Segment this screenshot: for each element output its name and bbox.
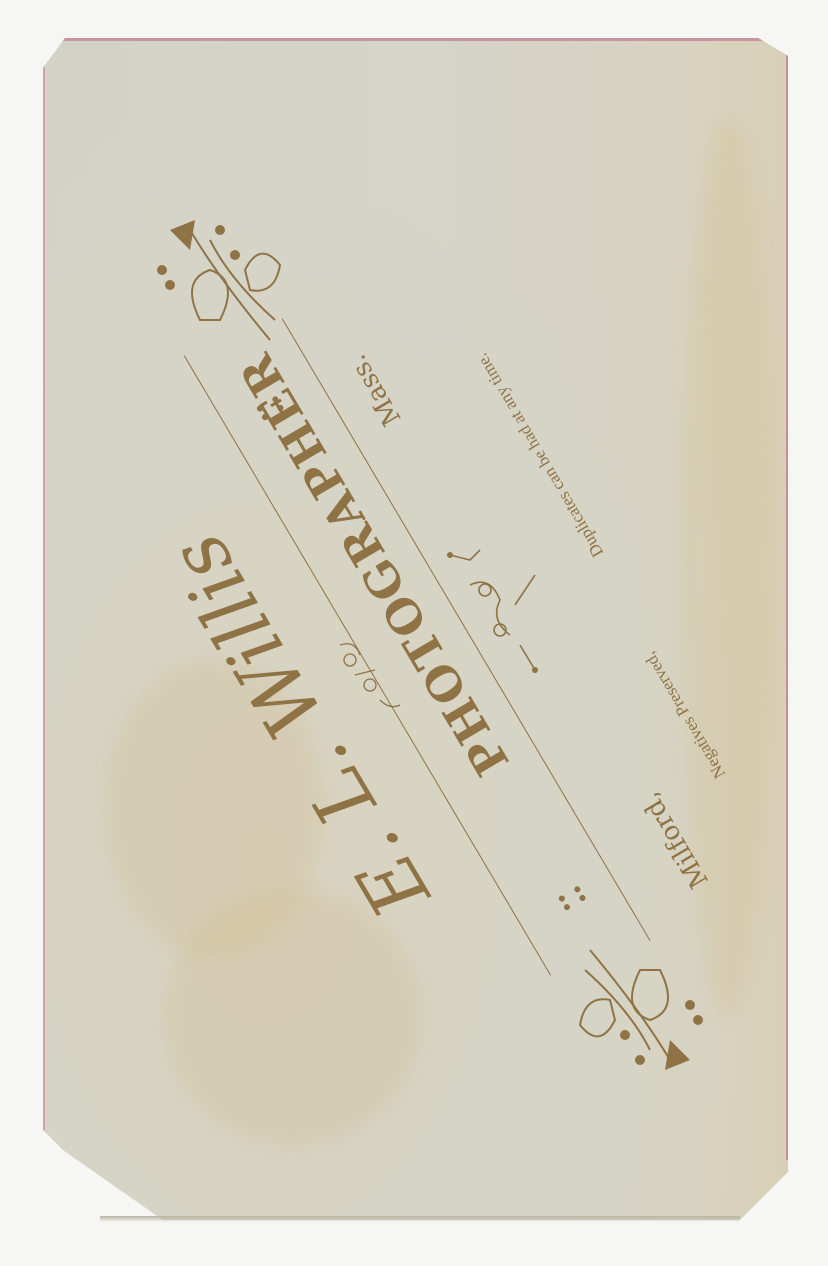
fleuron-ornament-icon [150, 210, 290, 360]
fleuron-ornament-icon [570, 930, 710, 1080]
scroll-ornament-icon [440, 545, 550, 675]
scroll-ornament-icon [330, 630, 410, 720]
card-shadow [100, 1216, 740, 1222]
